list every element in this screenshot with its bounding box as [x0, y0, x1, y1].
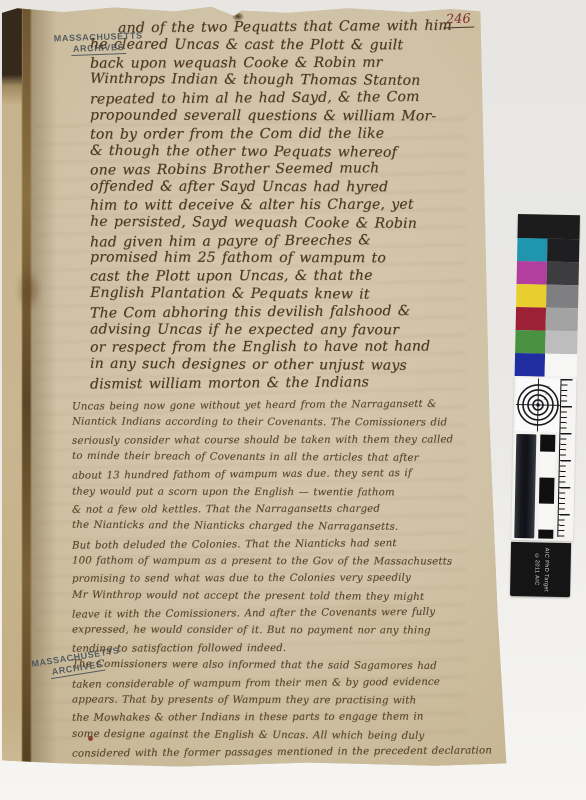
manuscript-line: promising to send what was due to the Co… [72, 570, 484, 589]
color-swatch [516, 284, 546, 308]
photo-backdrop: MASSACHUSETTS ARCHIVES MASSACHUSETTS ARC… [0, 0, 586, 800]
color-swatch [515, 330, 545, 354]
manuscript-line: The Com abhoring this devilish falshood … [90, 302, 482, 323]
manuscript-line: 100 fathom of wampum as a present to the… [72, 553, 484, 571]
gray-swatch [547, 262, 579, 286]
swatch-grid [515, 238, 580, 377]
manuscript-line: Niantick Indians according to their Cove… [72, 414, 484, 432]
manuscript-line: advising Uncas if he expected any favour [90, 321, 482, 340]
color-swatch [517, 238, 547, 262]
manuscript-line: propounded severall questions & william … [90, 107, 482, 126]
manuscript-line: offended & after Sayd Uncas had hyred [90, 179, 482, 198]
target-lower-card: 3 2 1 [511, 376, 576, 541]
manuscript-line: they would put a scorn upon the English … [72, 483, 484, 501]
checkerboard-strip [538, 435, 555, 539]
calibration-target: 3 2 1 AIC PhD Target ©2011 AIC [510, 214, 580, 597]
manuscript-line: English Plantation & Pequats knew it [90, 285, 482, 305]
manuscript-line: or respect from the English to have not … [90, 339, 482, 358]
manuscript-line: repeated to him al he had Sayd, & the Co… [90, 89, 482, 110]
registration-target-icon: 3 2 1 [515, 378, 560, 432]
gutter-shadow [22, 6, 31, 768]
manuscript-line: cast the Plott upon Uncas, & that the [90, 267, 482, 286]
manuscript-line: about 13 hundred fathom of wampum was du… [72, 465, 484, 486]
swatch-row [516, 307, 578, 331]
manuscript-line: seriously consider what course should be… [72, 431, 484, 450]
ruler [557, 379, 575, 537]
manuscript-line: the Mowhakes & other Indians in these pa… [72, 708, 484, 727]
manuscript-line: one was Robins Brother Seemed much [90, 160, 482, 181]
gray-swatch [546, 308, 578, 332]
manuscript-line: and of the two Pequatts that Came with h… [90, 17, 482, 38]
manuscript-line: he persisted, Sayd wequash Cooke & Robin [90, 214, 482, 234]
manuscript-line: considered with the former passages ment… [72, 742, 484, 763]
gray-swatch [546, 285, 578, 309]
gray-swatch [545, 354, 577, 378]
manuscript-hand1: and of the two Pequatts that Came with h… [90, 19, 482, 393]
manuscript-line: The Comissioners were also informed that… [72, 656, 484, 676]
manuscript-line: he cleared Uncas & cast the Plott & guil… [90, 36, 482, 55]
gray-swatch [545, 331, 577, 355]
density-gradient-strip [514, 434, 536, 538]
swatch-row [515, 330, 577, 354]
manuscript-line: taken considerable of wampum from their … [72, 673, 484, 694]
manuscript-line: dismist william morton & the Indians [90, 373, 482, 394]
ink-stain [16, 268, 42, 312]
swatch-row [517, 238, 579, 262]
gray-swatch [547, 239, 579, 263]
target-footer-label: AIC PhD Target ©2011 AIC [531, 547, 551, 592]
manuscript-hand2: Uncas being now gone without yet heard f… [72, 397, 484, 761]
manuscript-line: promised him 25 fathom of wampum to [90, 250, 482, 269]
manuscript-line: expressed, he would consider of it. But … [72, 622, 484, 640]
manuscript-line: ton by order from the Com did the like [90, 125, 482, 144]
manuscript-line: him to witt deceive & alter his Charge, … [90, 196, 482, 215]
manuscript-line: But both deluded the Colonies. That the … [72, 534, 484, 555]
swatch-row [515, 353, 577, 377]
manuscript-page: MASSACHUSETTS ARCHIVES MASSACHUSETTS ARC… [2, 6, 512, 768]
target-black-patch [517, 214, 579, 239]
manuscript-line: tending to satisfaction followed indeed. [72, 639, 484, 658]
gutter-shade [31, 6, 57, 768]
color-swatch [515, 353, 545, 377]
manuscript-line: appears. That by presents of Wampum they… [72, 691, 484, 709]
target-footer: AIC PhD Target ©2011 AIC [510, 542, 571, 597]
book-binding-edge [2, 6, 22, 768]
swatch-row [516, 284, 578, 308]
swatch-row [517, 261, 579, 285]
color-swatch [516, 307, 546, 331]
color-swatch [517, 261, 547, 285]
